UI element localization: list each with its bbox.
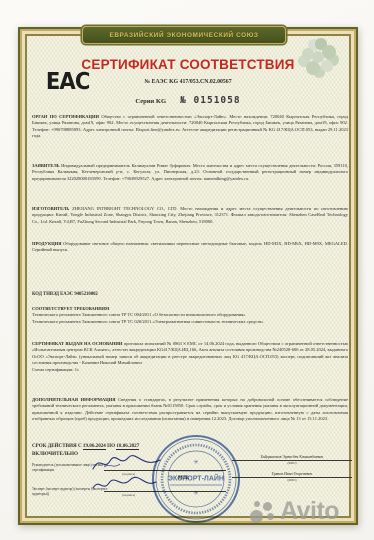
avito-wordmark: Avito [280, 497, 339, 526]
section-certification-body: ОРГАН ПО СЕРТИФИКАЦИИ Общество с огранич… [32, 114, 348, 140]
head-name-caption: (ФИО) [232, 461, 352, 465]
avito-watermark: Avito [250, 497, 339, 526]
certification-scheme: Схема сертификации: 1с [32, 367, 348, 373]
hologram-sticker-icon [312, 51, 324, 63]
additional-label: ДОПОЛНИТЕЛЬНАЯ ИНФОРМАЦИЯ [32, 397, 115, 402]
section-applicant: ЗАЯВИТЕЛЬ Индивидуальный предприниматель… [32, 163, 348, 182]
section-product: ПРОДУКЦИЯ Оборудование световое общего н… [32, 241, 348, 254]
section-text: ZHEJIANG INTBRIGHT TECHNOLOGY CO., LTD. … [32, 206, 348, 224]
validity-date-to: 18.06.2027 [116, 443, 139, 450]
stamp-center-text: ЭКСПОРТ-ЛАЙН [168, 474, 224, 483]
certificate-number: № ЕАЭС KG 417/053.CN.02.00567 [20, 79, 356, 85]
validity-label: СРОК ДЕЙСТВИЯ С [32, 443, 82, 449]
expert-name-block: Гранов Иван Георгиевич (ФИО) [232, 472, 352, 482]
section-text: Оборудование световое общего назначения:… [32, 241, 348, 252]
basis-label: СЕРТИФИКАТ ВЫДАН НА ОСНОВАНИИ [32, 341, 122, 346]
svg-text:✳: ✳ [193, 490, 198, 497]
series-row: Серия KG№ 0151058 [20, 90, 356, 108]
section-text: Индивидуальный предприниматель Калимулли… [32, 163, 348, 181]
section-additional-info: ДОПОЛНИТЕЛЬНАЯ ИНФОРМАЦИЯ Сведения о ста… [32, 397, 348, 423]
series-label: Серия KG [135, 98, 166, 105]
hs-code-value: 9405210002 [74, 292, 97, 297]
hs-code-label: КОД ТНВЭД ЕАЭС [32, 292, 73, 297]
validity-date-from: 19.06.2024 [83, 443, 106, 450]
avito-logo-icon [250, 499, 276, 525]
section-manufacturer: ИЗГОТОВИТЕЛЬ ZHEJIANG INTBRIGHT TECHNOLO… [32, 206, 348, 225]
requirement-line-2: Технического регламента Таможенного союз… [32, 319, 348, 325]
section-label: ПРОДУКЦИЯ [32, 241, 61, 246]
section-label: ЗАЯВИТЕЛЬ [32, 163, 60, 168]
expert-name-caption: (ФИО) [232, 478, 352, 482]
validity-po-label: ПО [107, 443, 115, 449]
section-issued-basis: СЕРТИФИКАТ ВЫДАН НА ОСНОВАНИИ протокола … [32, 341, 348, 373]
certificate-photo: ЕВРАЗИЙСКИЙ ЭКОНОМИЧЕСКИЙ СОЮЗ ЕАС СЕРТИ… [0, 0, 374, 540]
section-requirements: СООТВЕТСТВУЕТ ТРЕБОВАНИЯМ Технического р… [32, 306, 348, 325]
serial-number: № 0151058 [180, 95, 240, 106]
round-stamp: ЭКСПОРТ-ЛАЙН ✳ ✳ [150, 433, 242, 525]
hs-code-line: КОД ТНВЭД ЕАЭС 9405210002 [32, 292, 348, 297]
section-label: ОРГАН ПО СЕРТИФИКАЦИИ [32, 114, 99, 119]
section-label: ИЗГОТОВИТЕЛЬ [32, 206, 69, 211]
head-name-block: Байдышеков Эрнисбек Качкынбаевич (ФИО) [232, 455, 352, 465]
certificate-title: СЕРТИФИКАТ СООТВЕТСТВИЯ [20, 57, 356, 72]
union-banner: ЕВРАЗИЙСКИЙ ЭКОНОМИЧЕСКИЙ СОЮЗ [82, 26, 286, 44]
certificate-blank: ЕВРАЗИЙСКИЙ ЭКОНОМИЧЕСКИЙ СОЮЗ ЕАС СЕРТИ… [18, 27, 358, 525]
round-stamp-icon: ЭКСПОРТ-ЛАЙН ✳ ✳ [150, 433, 242, 525]
union-banner-label: ЕВРАЗИЙСКИЙ ЭКОНОМИЧЕСКИЙ СОЮЗ [109, 32, 258, 39]
svg-text:✳: ✳ [193, 459, 198, 466]
